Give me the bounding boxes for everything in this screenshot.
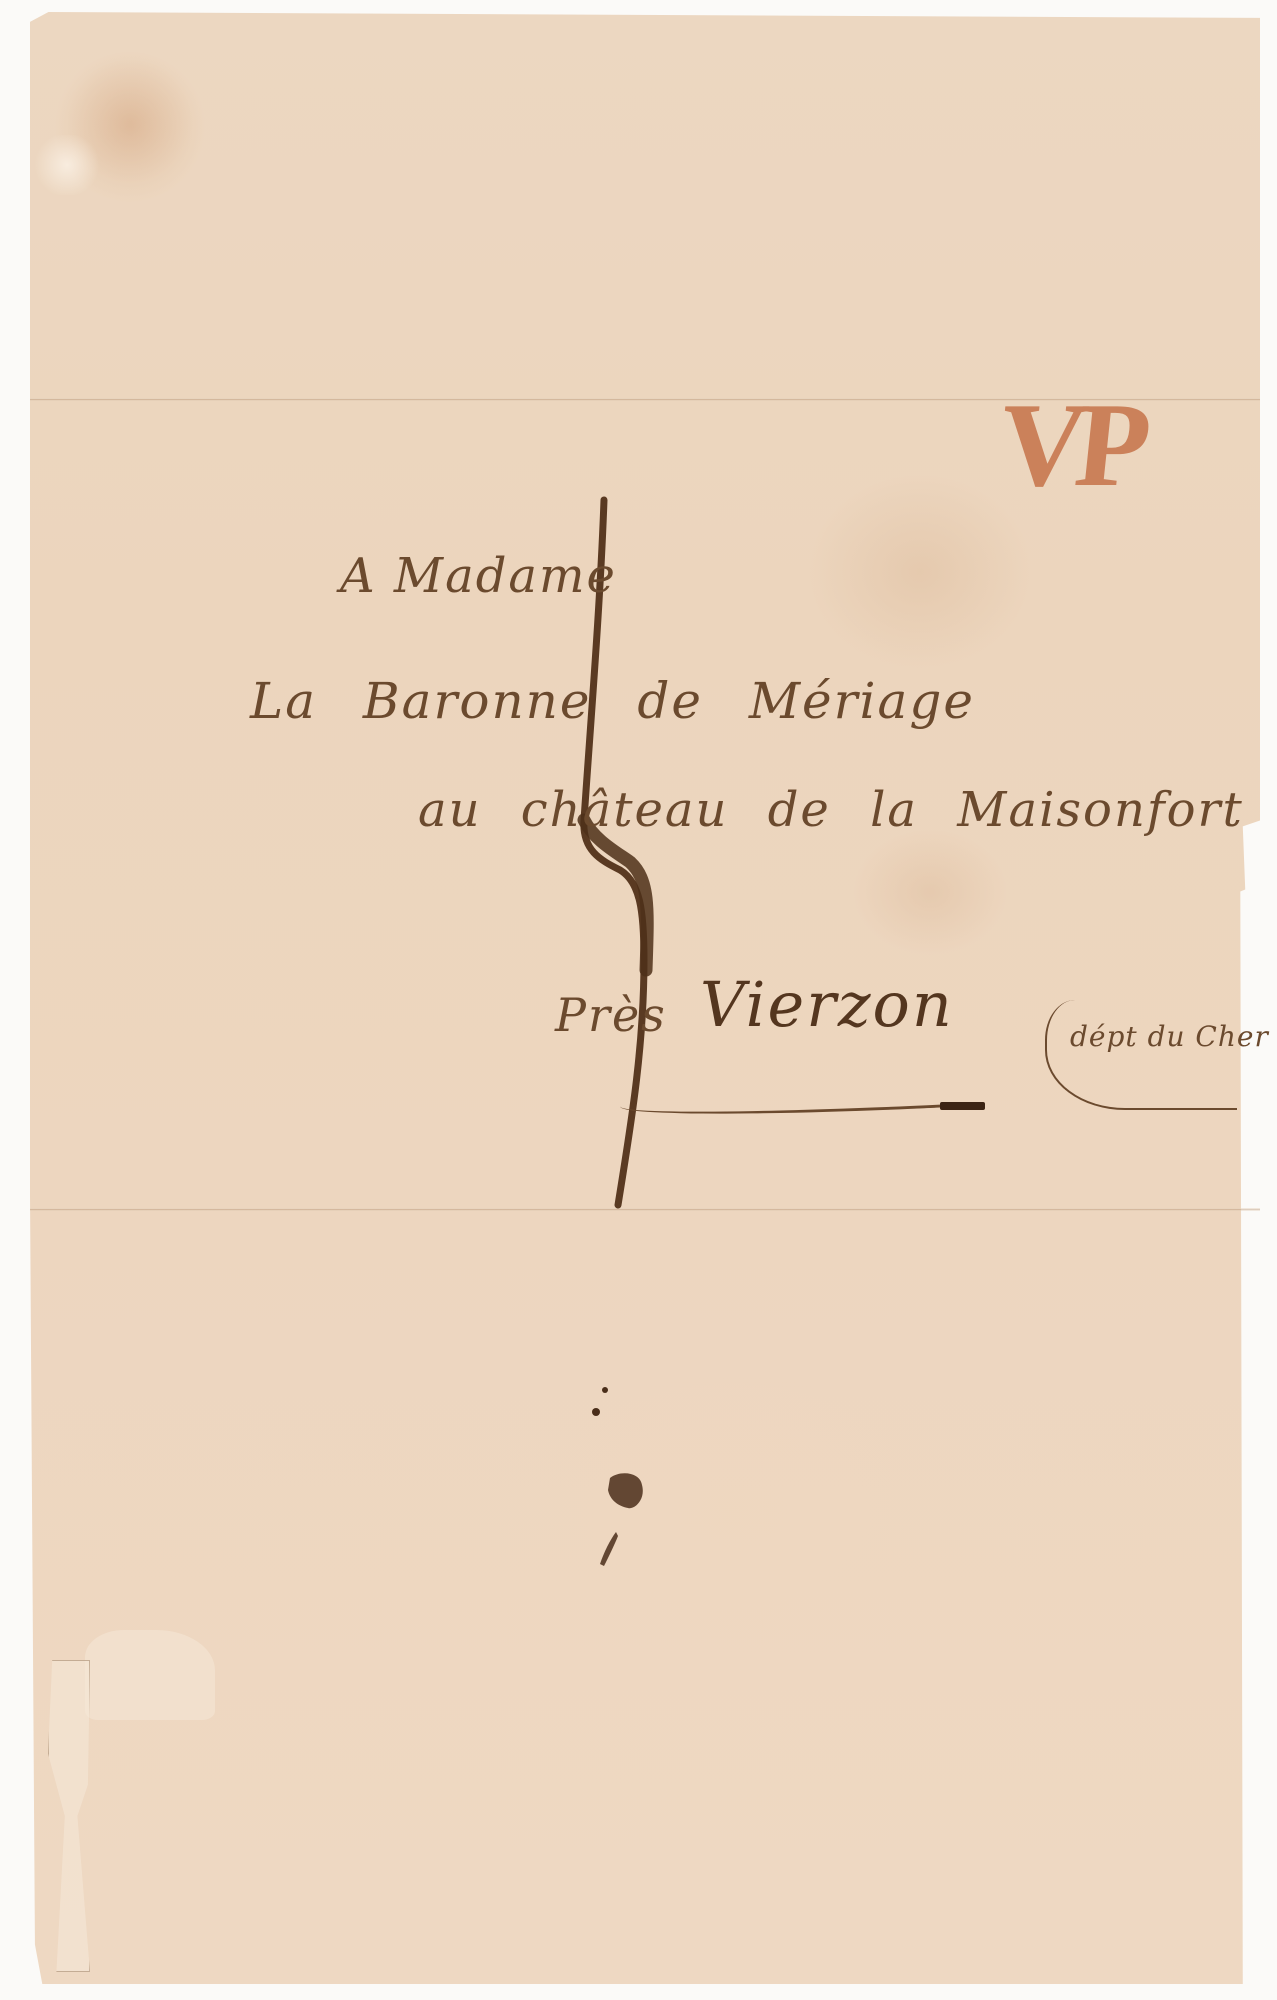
department-note: dépt du Cher — [1070, 1020, 1269, 1053]
tape-repair-patch — [85, 1630, 215, 1720]
department-bracket — [1045, 1000, 1237, 1110]
address-line-salutation: A Madame — [340, 548, 617, 604]
paper-wear-mark — [32, 135, 102, 195]
red-postal-stamp: VP — [994, 385, 1147, 505]
ink-blots — [570, 1360, 670, 1570]
address-line-recipient: La Baronne de Mériage — [250, 672, 975, 730]
underline-ink-end — [940, 1102, 985, 1110]
address-line-residence: au château de la Maisonfort — [418, 782, 1244, 838]
scanned-letter: VP A Madame La Baronne de Mériage au châ… — [0, 0, 1277, 2000]
address-line-city: Vierzon — [700, 968, 954, 1041]
address-line-near-label: Près — [555, 988, 667, 1042]
